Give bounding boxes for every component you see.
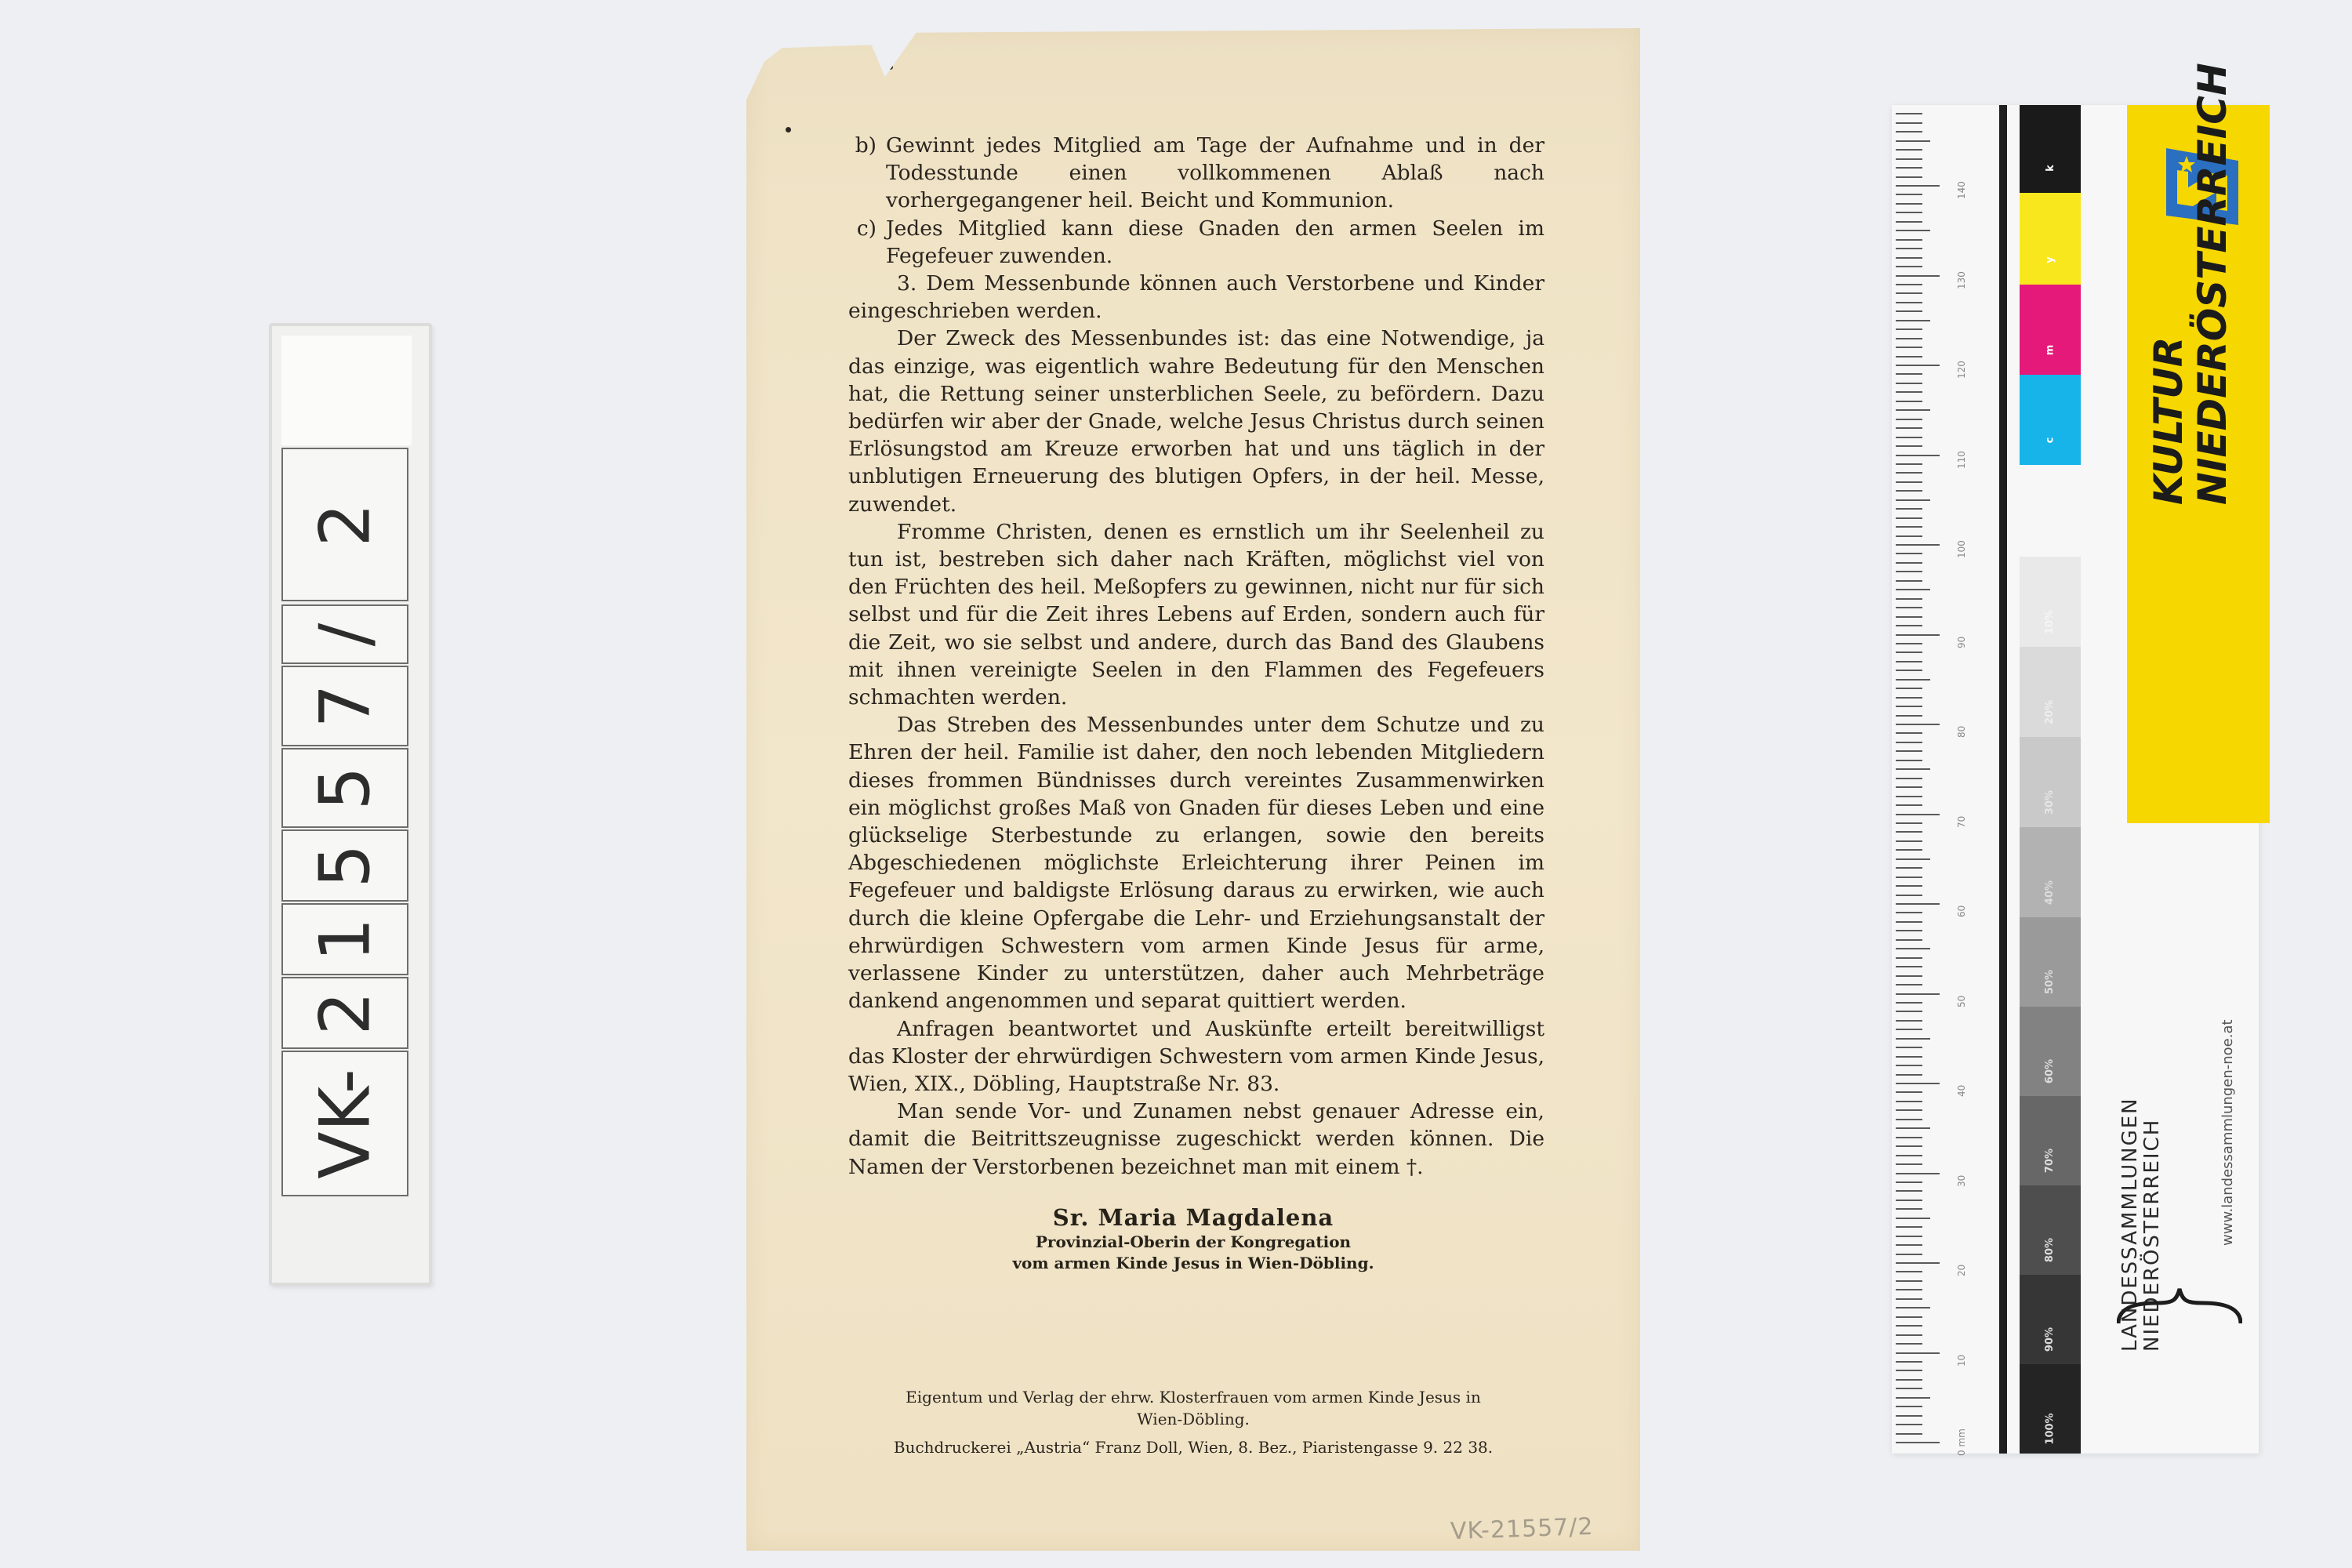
ruler-tick [1896, 310, 1922, 312]
ruler-tick [1896, 463, 1922, 465]
list-item-b: b) Gewinnt jedes Mitglied am Tage der Au… [848, 132, 1544, 215]
ruler-tick [1896, 328, 1922, 330]
label-character-tiles: 2 / 7 5 5 1 2 VK- [281, 448, 412, 1265]
ruler-tick [1896, 715, 1922, 717]
ruler-tick [1896, 1002, 1922, 1004]
ruler-tick [1896, 948, 1930, 949]
ruler-tick [1896, 589, 1930, 590]
label-tile: 2 [281, 448, 408, 601]
ruler-tick [1896, 1343, 1922, 1345]
color-swatch-strip: k y m c 10% 20% 30% 40% 50% 60% 70% 80% … [2020, 105, 2081, 1454]
ruler-tick [1896, 670, 1922, 671]
swatch-gray-100: 100% [2020, 1364, 2081, 1454]
swatch-label: k [2045, 165, 2056, 172]
ruler-tick [1896, 903, 1940, 905]
ruler-tick [1896, 535, 1922, 537]
ruler-tick [1896, 1020, 1922, 1022]
label-blank-area [281, 336, 412, 445]
signature-block: Sr. Maria Magdalena Provinzial-Oberin de… [746, 1203, 1640, 1274]
swatch-black: k [2020, 105, 2081, 193]
brand-panel: KULTUR NIEDERÖSTERREICH [2127, 105, 2270, 823]
label-char: 5 [305, 844, 386, 887]
ruler-tick [1896, 1047, 1922, 1048]
ruler-label: 0 mm [1956, 1428, 1967, 1456]
ruler-tick [1896, 373, 1922, 375]
ruler-tick [1896, 562, 1922, 564]
ruler-tick [1896, 1236, 1922, 1237]
swatch-gray-10: 10% [2020, 557, 2081, 647]
list-marker: c) [840, 215, 886, 270]
ruler-tick [1896, 895, 1922, 896]
ruler-tick [1896, 634, 1940, 636]
ruler-tick [1896, 858, 1930, 860]
label-char: 1 [305, 917, 386, 961]
ruler-tick [1896, 1262, 1940, 1264]
ruler-tick [1896, 840, 1922, 842]
ruler-tick [1896, 1065, 1922, 1066]
swatch-gray-70: 70% [2020, 1096, 2081, 1185]
label-char: 2 [305, 991, 386, 1035]
ruler-label: 60 [1956, 906, 1967, 917]
list-item-c: c) Jedes Mitglied kann diese Gnaden den … [848, 215, 1544, 270]
ruler-tick [1896, 1254, 1922, 1255]
ruler-tick [1896, 921, 1922, 923]
ruler-tick [1896, 661, 1922, 662]
ruler-tick [1896, 517, 1922, 519]
ruler-tick [1896, 221, 1922, 223]
swatch-label: m [2044, 345, 2056, 356]
swatch-gray-40: 40% [2020, 827, 2081, 917]
ruler-tick [1896, 409, 1930, 411]
ruler-tick [1896, 1155, 1922, 1156]
ruler-tick [1896, 455, 1940, 456]
ruler-tick [1896, 814, 1940, 815]
swatch-gray-20: 20% [2020, 647, 2081, 737]
ruler-tick [1896, 939, 1922, 941]
signatory-name: Sr. Maria Magdalena [746, 1203, 1640, 1232]
ruler-tick [1896, 122, 1922, 124]
ruler-tick [1896, 1173, 1940, 1174]
ruler-tick [1896, 1352, 1940, 1354]
ruler-tick [1896, 778, 1922, 779]
ruler-tick [1896, 732, 1922, 734]
ruler-tick [1896, 1442, 1940, 1443]
brand-line-2: NIEDERÖSTERREICH [2190, 63, 2234, 505]
ruler-tick [1896, 320, 1930, 321]
swatch-label: 80% [2045, 1238, 2056, 1262]
ruler-tick [1896, 481, 1922, 483]
ruler-tick [1896, 598, 1922, 600]
ruler-tick [1896, 508, 1922, 510]
label-char: VK- [304, 1069, 385, 1178]
ruler-tick [1896, 437, 1922, 438]
document-page: b) Gewinnt jedes Mitglied am Tage der Au… [746, 24, 1640, 1551]
swatch-label: 40% [2045, 880, 2056, 905]
ruler-tick [1896, 768, 1930, 770]
ruler-tick [1896, 266, 1922, 267]
ruler-label: 90 [1956, 636, 1967, 648]
mm-ruler: 0 mm102030405060708090100110120130140 [1892, 105, 1994, 1454]
swatch-label: 70% [2045, 1149, 2056, 1173]
publisher-line-2: Wien-Döbling. [833, 1408, 1554, 1430]
ruler-label: 80 [1956, 726, 1967, 738]
swatch-label: 50% [2045, 970, 2056, 994]
ruler-tick [1896, 679, 1930, 681]
ruler-tick [1896, 284, 1922, 285]
ruler-tick [1896, 1137, 1922, 1138]
label-tile: VK- [281, 1051, 408, 1196]
list-item-text: Gewinnt jedes Mitglied am Tage der Aufna… [886, 132, 1544, 215]
paragraph-pious-christians: Fromme Christen, denen es ernstlich um i… [848, 518, 1544, 711]
ruler-tick [1896, 1091, 1922, 1093]
ruler-tick [1896, 984, 1922, 985]
ruler-tick [1896, 401, 1922, 402]
ruler-tick [1896, 912, 1922, 913]
ruler-tick [1896, 760, 1922, 761]
paragraph-inquiries: Anfragen beantwortet und Auskünfte ertei… [848, 1015, 1544, 1098]
ruler-tick [1896, 1406, 1922, 1407]
ruler-tick [1896, 113, 1922, 114]
ruler-label: 10 [1956, 1354, 1967, 1366]
ruler-tick [1896, 203, 1922, 205]
inventory-number-label: 2 / 7 5 5 1 2 VK- [269, 323, 432, 1286]
ruler-tick [1896, 1433, 1922, 1435]
ruler-tick [1896, 490, 1922, 492]
ruler-tick [1896, 607, 1922, 608]
ruler-tick [1896, 804, 1922, 806]
ruler-tick [1896, 1244, 1922, 1246]
swatch-label: 10% [2045, 610, 2056, 634]
imprint: Eigentum und Verlag der ehrw. Klosterfra… [833, 1386, 1554, 1458]
label-tile: 5 [281, 748, 408, 828]
ruler-tick [1896, 1370, 1922, 1371]
ruler-tick [1896, 176, 1922, 178]
ruler-label: 20 [1956, 1265, 1967, 1276]
ruler-tick [1896, 472, 1922, 474]
ruler-tick [1896, 867, 1922, 869]
ruler-label: 110 [1956, 451, 1967, 469]
ruler-tick [1896, 822, 1922, 824]
swatch-yellow: y [2020, 193, 2081, 285]
ruler-tick [1896, 1127, 1930, 1129]
ruler-tick [1896, 849, 1922, 851]
ruler-tick [1896, 1200, 1922, 1201]
ruler-tick [1896, 427, 1922, 429]
ruler-tick [1896, 1361, 1922, 1363]
ruler-label: 120 [1956, 361, 1967, 379]
ruler-tick [1896, 391, 1922, 393]
ruler-tick [1896, 1388, 1922, 1389]
ruler-tick [1896, 1119, 1922, 1120]
ruler-tick [1896, 1415, 1922, 1417]
ruler-tick [1896, 1307, 1930, 1308]
label-char: 7 [305, 684, 386, 728]
ruler-label: 70 [1956, 815, 1967, 827]
ruler-tick [1896, 1190, 1922, 1192]
ruler-tick [1896, 1145, 1922, 1147]
ruler-tick [1896, 975, 1922, 977]
ruler-tick [1896, 831, 1922, 833]
ruler-tick [1896, 167, 1922, 169]
ruler-tick [1896, 365, 1940, 366]
label-tile: 1 [281, 903, 408, 975]
label-tile: 5 [281, 829, 408, 902]
ruler-label: 140 [1956, 181, 1967, 199]
ruler-label: 100 [1956, 540, 1967, 558]
ruler-tick [1896, 140, 1930, 142]
paper-speck [887, 64, 893, 70]
ruler-tick [1896, 1289, 1922, 1290]
ruler-tick [1896, 1163, 1922, 1165]
paragraph-purpose: Der Zweck des Messenbundes ist: das eine… [848, 325, 1544, 517]
list-item-text: Jedes Mitglied kann diese Gnaden den arm… [886, 215, 1544, 270]
ruler-tick [1896, 993, 1940, 995]
ruler-tick [1896, 957, 1922, 959]
swatch-label: 30% [2045, 790, 2056, 815]
ruler-tick [1896, 1029, 1922, 1030]
paragraph-point-3: 3. Dem Messenbunde können auch Verstorbe… [848, 270, 1544, 325]
label-char: 2 [305, 503, 386, 546]
ruler-tick [1896, 688, 1922, 689]
label-tile: / [281, 604, 408, 664]
ruler-tick [1896, 786, 1922, 788]
ruler-tick [1896, 347, 1922, 348]
ruler-tick [1896, 652, 1922, 653]
ruler-tick [1896, 706, 1922, 707]
signatory-congregation: vom armen Kinde Jesus in Wien-Döbling. [746, 1253, 1640, 1274]
paragraph-aim: Das Streben des Messenbundes unter dem S… [848, 711, 1544, 1014]
ruler-tick [1896, 338, 1922, 339]
ruler-tick [1896, 580, 1922, 582]
ruler-tick [1896, 1424, 1922, 1425]
ruler-label: 30 [1956, 1174, 1967, 1186]
ruler-tick [1896, 302, 1922, 303]
ruler-tick [1896, 1038, 1930, 1040]
swatch-gray-60: 60% [2020, 1007, 2081, 1096]
label-tile: 7 [281, 666, 408, 746]
ruler-tick [1896, 742, 1922, 743]
ruler-tick [1896, 1397, 1930, 1399]
ruler-tick [1896, 419, 1922, 420]
ruler-tick [1896, 1325, 1922, 1327]
ruler-tick [1896, 445, 1922, 447]
ruler-label: 130 [1956, 271, 1967, 289]
label-tile: 2 [281, 977, 408, 1049]
ruler-tick [1896, 149, 1922, 151]
signatory-title: Provinzial-Oberin der Kongregation [746, 1232, 1640, 1253]
swatch-cyan: c [2020, 375, 2081, 465]
ruler-tick [1896, 1280, 1922, 1282]
ruler-tick [1896, 131, 1922, 132]
ruler-tick [1896, 796, 1922, 797]
ruler-tick [1896, 1379, 1922, 1381]
ruler-label: 40 [1956, 1085, 1967, 1097]
ruler-tick [1896, 212, 1922, 213]
ruler-tick [1896, 1334, 1922, 1336]
paper-speck [786, 127, 791, 132]
swatch-label: 20% [2045, 700, 2056, 724]
ruler-tick [1896, 499, 1930, 501]
ruler-tick [1896, 885, 1922, 887]
ruler-tick [1896, 526, 1922, 528]
swatch-gray-90: 90% [2020, 1275, 2081, 1364]
ruler-tick [1896, 230, 1930, 231]
ruler-tick [1896, 1109, 1922, 1111]
ruler-tick [1896, 194, 1922, 195]
ruler-tick [1896, 1316, 1922, 1318]
ruler-tick [1896, 1208, 1922, 1210]
publisher-line-1: Eigentum und Verlag der ehrw. Klosterfra… [833, 1386, 1554, 1408]
pencil-inventory-annotation: VK-21557/2 [1450, 1513, 1594, 1545]
label-char: 5 [305, 766, 386, 810]
swatch-gray-50: 50% [2020, 917, 2081, 1007]
ruler-tick [1896, 1271, 1922, 1272]
ruler-tick [1896, 750, 1922, 752]
ruler-tick [1896, 553, 1922, 554]
ruler-tick [1896, 1298, 1922, 1300]
ruler-tick [1896, 966, 1922, 967]
ruler-tick [1896, 158, 1922, 160]
ruler-tick [1896, 383, 1922, 384]
ruler-tick [1896, 1074, 1922, 1076]
list-marker: b) [840, 132, 886, 215]
ruler-tick [1896, 625, 1922, 626]
ruler-tick [1896, 616, 1922, 618]
ruler-tick [1896, 1226, 1922, 1228]
ruler-tick [1896, 248, 1922, 249]
ruler-tick [1896, 877, 1922, 878]
ruler-tick [1896, 356, 1922, 358]
swatch-label: 100% [2044, 1413, 2056, 1444]
label-char: / [305, 622, 386, 646]
ruler-tick [1896, 1101, 1922, 1102]
document-body: b) Gewinnt jedes Mitglied am Tage der Au… [848, 132, 1544, 1181]
ruler-tick [1896, 1181, 1922, 1183]
ruler-tick [1896, 239, 1922, 241]
ruler-tick [1896, 544, 1940, 546]
curly-brace-icon [2117, 1286, 2242, 1325]
ruler-tick [1896, 1218, 1930, 1219]
ruler-tick [1896, 724, 1940, 725]
swatch-magenta: m [2020, 285, 2081, 375]
ruler-tick [1896, 930, 1922, 931]
black-reference-line [1999, 105, 2007, 1454]
ruler-tick [1896, 257, 1922, 259]
ruler-label: 50 [1956, 995, 1967, 1007]
ruler-tick [1896, 1083, 1940, 1084]
ruler-tick [1896, 1011, 1922, 1012]
swatch-label: 60% [2045, 1059, 2056, 1083]
printer-line: Buchdruckerei „Austria“ Franz Doll, Wien… [833, 1436, 1554, 1458]
swatch-gray-30: 30% [2020, 737, 2081, 827]
ruler-tick [1896, 571, 1922, 572]
color-scale-card: 0 mm102030405060708090100110120130140 k … [1892, 105, 2259, 1454]
ruler-tick [1896, 185, 1940, 187]
brand-line-1: KULTUR [2147, 63, 2190, 505]
ruler-tick [1896, 697, 1922, 699]
ruler-tick [1896, 643, 1922, 644]
ruler-tick [1896, 1056, 1922, 1058]
swatch-label: 90% [2045, 1327, 2056, 1352]
ruler-tick [1896, 292, 1922, 294]
ruler-tick [1896, 275, 1940, 277]
swatch-gray-80: 80% [2020, 1185, 2081, 1275]
swatch-label: c [2045, 437, 2056, 444]
paragraph-instructions: Man sende Vor- und Zunamen nebst genauer… [848, 1098, 1544, 1181]
swatch-label: y [2044, 256, 2056, 263]
